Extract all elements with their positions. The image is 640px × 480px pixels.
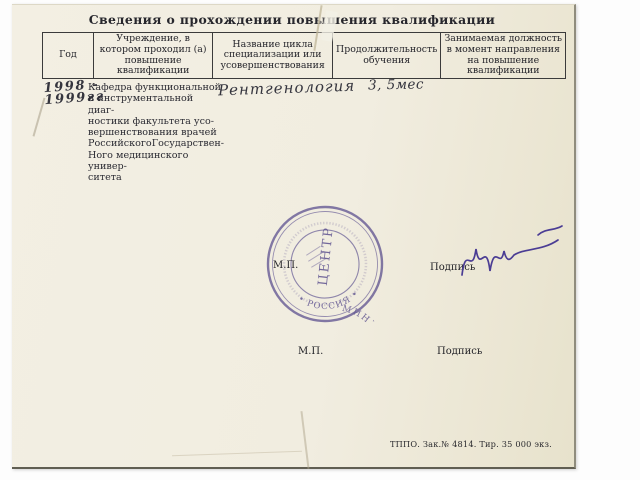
col-header-position: Занимаемая должность в момент направлени… bbox=[441, 33, 565, 78]
institution-line: вершенствования врачей bbox=[88, 127, 222, 138]
institution-line: ситета bbox=[88, 172, 222, 183]
cell-specialization-handwritten: Рентгенология bbox=[218, 77, 356, 100]
paper-crease bbox=[172, 451, 302, 457]
signature-label-2: Подпись bbox=[437, 346, 482, 357]
print-shop-imprint: ТППО. Зак.№ 4814. Тир. 35 000 экз. bbox=[390, 439, 552, 449]
ministry-round-stamp: МИНИСТЕРСТВО ЗДРАВООХРАНЕНИЯ • РОССИЯ • … bbox=[257, 196, 393, 332]
col-header-specialization: Название цикла специализации или усоверш… bbox=[213, 33, 333, 78]
page-title: Сведения о прохождении повышения квалифи… bbox=[30, 12, 554, 27]
col-header-duration: Продолжительность обучения bbox=[333, 33, 442, 78]
mp-label-2: М.П. bbox=[298, 346, 323, 357]
stamp-center-text: ЦЕНТР bbox=[316, 226, 337, 287]
paper-crease bbox=[33, 98, 45, 137]
institution-line: ностики факультета усо- bbox=[88, 116, 222, 127]
cell-institution-text: Кафедра функциональной и инструментально… bbox=[88, 82, 222, 184]
document-page: Сведения о прохождении повышения квалифи… bbox=[12, 4, 576, 469]
cell-duration-handwritten: 3, 5мес bbox=[368, 77, 424, 94]
institution-line: Кафедра функциональной bbox=[88, 82, 222, 93]
col-header-institution: Учреждение, в котором проходил (а) повыш… bbox=[94, 33, 214, 78]
qualification-table: Год Учреждение, в котором проходил (а) п… bbox=[42, 32, 566, 79]
institution-line: и инструментальной диаг- bbox=[88, 93, 222, 116]
col-header-year: Год bbox=[43, 33, 94, 78]
institution-line: Ного медицинского универ- bbox=[88, 150, 222, 173]
paper-crease bbox=[300, 411, 309, 469]
institution-line: РоссийскогоГосударствен- bbox=[88, 138, 222, 149]
handwritten-signature bbox=[450, 219, 568, 291]
